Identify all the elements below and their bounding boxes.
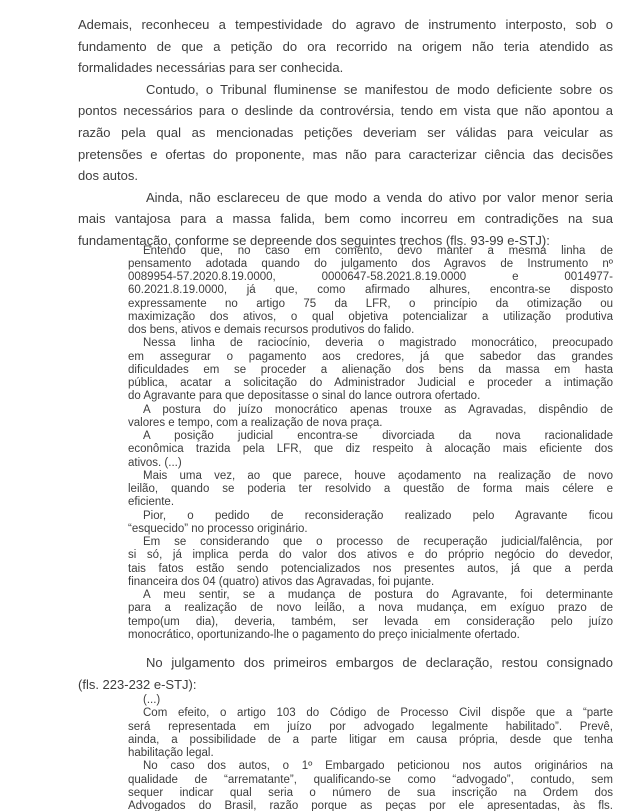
paragraph: No julgamento dos primeiros embargos de … <box>78 652 613 695</box>
text-line: mais vantajosa para a massa falida, bem … <box>78 208 613 230</box>
text-line: monocrático, oportunizando-lhe o pagamen… <box>128 629 613 642</box>
body-block: Ademais, reconheceu a tempestividade do … <box>78 14 613 252</box>
text-column: Ademais, reconheceu a tempestividade do … <box>78 14 613 811</box>
text-line: dos autos. <box>78 165 613 187</box>
text-line: Ademais, reconheceu a tempestividade do … <box>78 14 613 36</box>
quote-paragraph: Com efeito, o artigo 103 do Código de Pr… <box>128 707 613 760</box>
quote-paragraph: Pior, o pedido de reconsideração realiza… <box>128 510 613 537</box>
text-line: eficiente. <box>128 496 613 509</box>
text-line: A meu sentir, se a mudança de postura do… <box>128 589 613 602</box>
text-line: No julgamento dos primeiros embargos de … <box>78 652 613 674</box>
text-line: fundamento de que a petição do ora recor… <box>78 36 613 58</box>
text-line: Ainda, não esclareceu de que modo a vend… <box>78 187 613 209</box>
text-line: do Agravante para que depositasse o sina… <box>128 390 613 403</box>
text-line: tempo(um dia), deveria, também, ser leva… <box>128 616 613 629</box>
quote-paragraph: Nessa linha de raciocínio, deveria o mag… <box>128 337 613 403</box>
quote-paragraph: No caso dos autos, o 1º Embargado petici… <box>128 760 613 811</box>
text-line: No caso dos autos, o 1º Embargado petici… <box>128 760 613 773</box>
quote-block: (...)Com efeito, o artigo 103 do Código … <box>128 694 613 811</box>
text-line: será representada em juízo por advogado … <box>128 721 613 734</box>
text-line: A posição judicial encontra-se divorciad… <box>128 430 613 443</box>
text-line: sequer indicar qual seria o número de su… <box>128 787 613 800</box>
text-line: Com efeito, o artigo 103 do Código de Pr… <box>128 707 613 720</box>
paragraph: Contudo, o Tribunal fluminense se manife… <box>78 79 613 187</box>
text-line: pontos necessários para o deslinde da co… <box>78 100 613 122</box>
text-line: dificuldades em se proceder a alienação … <box>128 364 613 377</box>
text-line: “esquecido” no processo originário. <box>128 523 613 536</box>
text-line: ainda, a possibilidade de a parte litiga… <box>128 734 613 747</box>
text-line: pensamento adotada quando do julgamento … <box>128 258 613 271</box>
quote-paragraph: Em se considerando que o processo de rec… <box>128 536 613 589</box>
text-line: Entendo que, no caso em comento, devo ma… <box>128 245 613 258</box>
text-line: qualidade de “arrematante”, qualificando… <box>128 774 613 787</box>
text-line: econômica trazida pela LFR, que diz resp… <box>128 443 613 456</box>
text-line: habilitação legal. <box>128 747 613 760</box>
document-page: Ademais, reconheceu a tempestividade do … <box>0 0 621 811</box>
text-line: tais fatos estão sendo potencializados n… <box>128 563 613 576</box>
text-line: expressamente no artigo 75 da LFR, o pri… <box>128 298 613 311</box>
quote-paragraph: Entendo que, no caso em comento, devo ma… <box>128 245 613 338</box>
text-line: Contudo, o Tribunal fluminense se manife… <box>78 79 613 101</box>
text-line: Advogados do Brasil, razão porque as peç… <box>128 800 613 811</box>
quote-paragraph: A postura do juízo monocrático apenas tr… <box>128 404 613 431</box>
text-line: leilão, quando se poderia ter resolvido … <box>128 483 613 496</box>
text-line: 60.2021.8.19.0000, já que, como afirmado… <box>128 284 613 297</box>
text-line: ativos. (...) <box>128 457 613 470</box>
quote-block: Entendo que, no caso em comento, devo ma… <box>128 245 613 643</box>
text-line: Nessa linha de raciocínio, deveria o mag… <box>128 337 613 350</box>
text-line: Em se considerando que o processo de rec… <box>128 536 613 549</box>
text-line: dos bens, ativos e demais recursos produ… <box>128 324 613 337</box>
text-line: em assegurar o pagamento aos credores, j… <box>128 351 613 364</box>
text-line: (...) <box>128 694 613 707</box>
text-line: para a realização de novo leilão, a nova… <box>128 602 613 615</box>
text-line: maximização dos ativos, o qual objetiva … <box>128 311 613 324</box>
text-line: formalidades necessárias para ser conhec… <box>78 57 613 79</box>
text-line: si só, já implica perda do valor dos ati… <box>128 549 613 562</box>
text-line: razão pela qual as mencionadas petições … <box>78 122 613 144</box>
text-line: Pior, o pedido de reconsideração realiza… <box>128 510 613 523</box>
quote-paragraph: Mais uma vez, ao que parece, houve açoda… <box>128 470 613 510</box>
text-line: (fls. 223-232 e-STJ): <box>78 674 613 696</box>
paragraph: Ademais, reconheceu a tempestividade do … <box>78 14 613 79</box>
quote-paragraph: A meu sentir, se a mudança de postura do… <box>128 589 613 642</box>
text-line: financeira dos 04 (quatro) ativos das Ag… <box>128 576 613 589</box>
text-line: valores e tempo, com a realização de nov… <box>128 417 613 430</box>
body-block: No julgamento dos primeiros embargos de … <box>78 652 613 695</box>
text-line: A postura do juízo monocrático apenas tr… <box>128 404 613 417</box>
paragraph: Ainda, não esclareceu de que modo a vend… <box>78 187 613 252</box>
text-line: 0089954-57.2020.8.19.0000, 0000647-58.20… <box>128 271 613 284</box>
quote-paragraph: A posição judicial encontra-se divorciad… <box>128 430 613 470</box>
quote-paragraph: (...) <box>128 694 613 707</box>
text-line: pública, acatar a solicitação do Adminis… <box>128 377 613 390</box>
text-line: pretensões e ofertas do proponente, mas … <box>78 144 613 166</box>
text-line: Mais uma vez, ao que parece, houve açoda… <box>128 470 613 483</box>
